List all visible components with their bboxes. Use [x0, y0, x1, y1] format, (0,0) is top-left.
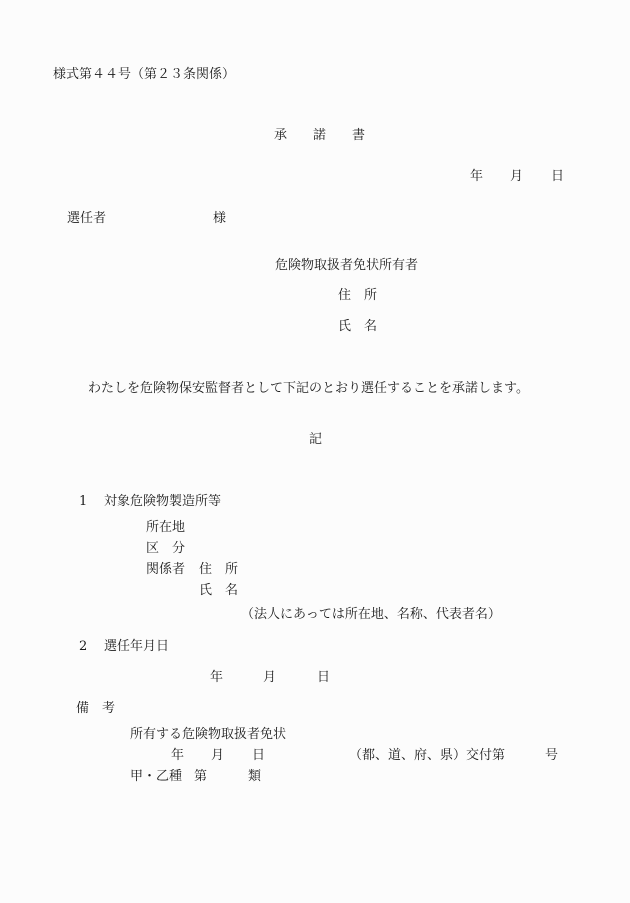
- addressee-honorific: 様: [213, 211, 226, 227]
- section2-title: 選任年月日: [104, 639, 169, 655]
- addressee-label: 選任者: [67, 211, 106, 227]
- appointment-month-label: 月: [263, 670, 276, 686]
- location-label: 所在地: [146, 520, 185, 536]
- license-class-label: 甲・乙種: [130, 769, 182, 785]
- ki-heading: 記: [309, 432, 322, 448]
- issue-year-label: 年: [171, 748, 184, 764]
- form-number: 様式第４４号（第２３条関係）: [53, 67, 235, 83]
- applicant-address-label: 住 所: [338, 288, 377, 304]
- party-name-label: 氏 名: [199, 583, 238, 599]
- corporate-note: （法人にあっては所在地、名称、代表者名）: [241, 607, 501, 623]
- party-label: 関係者: [146, 562, 185, 578]
- applicant-name-label: 氏 名: [338, 319, 377, 335]
- consent-statement: わたしを危険物保安監督者として下記のとおり選任することを承諾します。: [88, 381, 529, 397]
- issue-day-label: 日: [252, 748, 265, 764]
- class-suffix: 類: [248, 769, 261, 785]
- applicant-heading: 危険物取扱者免状所有者: [275, 258, 418, 274]
- section2-number: 2: [79, 639, 87, 655]
- class-prefix: 第: [194, 769, 207, 785]
- section1-number: 1: [79, 494, 87, 510]
- date-day-label: 日: [551, 169, 564, 185]
- appointment-year-label: 年: [210, 670, 223, 686]
- party-address-label: 住 所: [199, 562, 238, 578]
- appointment-day-label: 日: [317, 670, 330, 686]
- issue-month-label: 月: [211, 748, 224, 764]
- category-label: 区 分: [146, 541, 185, 557]
- date-month-label: 月: [510, 169, 523, 185]
- issuer-label: （都、道、府、県）交付第: [349, 748, 505, 764]
- date-year-label: 年: [470, 169, 483, 185]
- document-title: 承 諾 書: [274, 128, 365, 144]
- license-heading: 所有する危険物取扱者免状: [130, 727, 286, 743]
- license-number-suffix: 号: [545, 748, 558, 764]
- remarks-label: 備 考: [76, 701, 115, 717]
- section1-title: 対象危険物製造所等: [104, 494, 221, 510]
